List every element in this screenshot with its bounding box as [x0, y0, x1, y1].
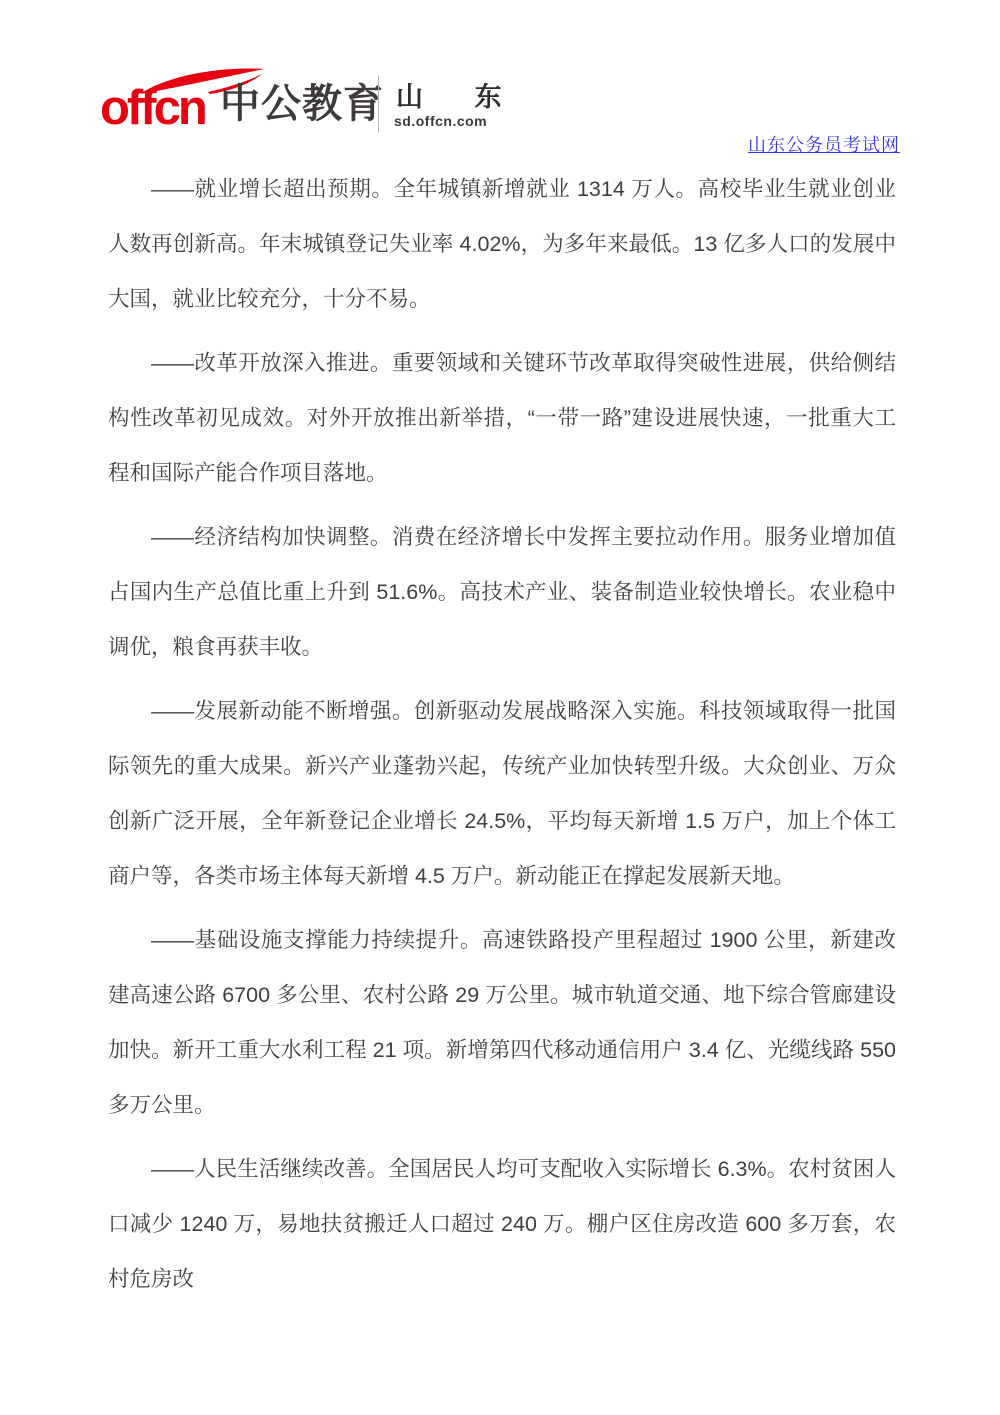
document-body: ——就业增长超出预期。全年城镇新增就业 1314 万人。高校毕业生就业创业人数再…: [108, 162, 896, 1307]
paragraph-employment: ——就业增长超出预期。全年城镇新增就业 1314 万人。高校毕业生就业创业人数再…: [108, 162, 896, 327]
paragraph-reform: ——改革开放深入推进。重要领域和关键环节改革取得突破性进展，供给侧结构性改革初见…: [108, 336, 896, 501]
exam-site-link[interactable]: 山东公务员考试网: [748, 131, 900, 157]
region-name: 山 东: [396, 84, 524, 111]
site-url: sd.offcn.com: [394, 113, 487, 129]
paragraph-economic-structure: ——经济结构加快调整。消费在经济增长中发挥主要拉动作用。服务业增加值占国内生产总…: [108, 510, 896, 675]
paragraph-livelihood: ——人民生活继续改善。全国居民人均可支配收入实际增长 6.3%。农村贫困人口减少…: [108, 1142, 896, 1307]
paragraph-infrastructure: ——基础设施支撑能力持续提升。高速铁路投产里程超过 1900 公里，新建改建高速…: [108, 913, 896, 1133]
paragraph-new-drivers: ——发展新动能不断增强。创新驱动发展战略深入实施。科技领域取得一批国际领先的重大…: [108, 684, 896, 904]
brand-name: 中公教育: [220, 82, 384, 126]
page-header: offcn 中公教育 山 东 sd.offcn.com 山东公务员考试网: [0, 0, 1000, 162]
logo-divider: [378, 76, 379, 132]
